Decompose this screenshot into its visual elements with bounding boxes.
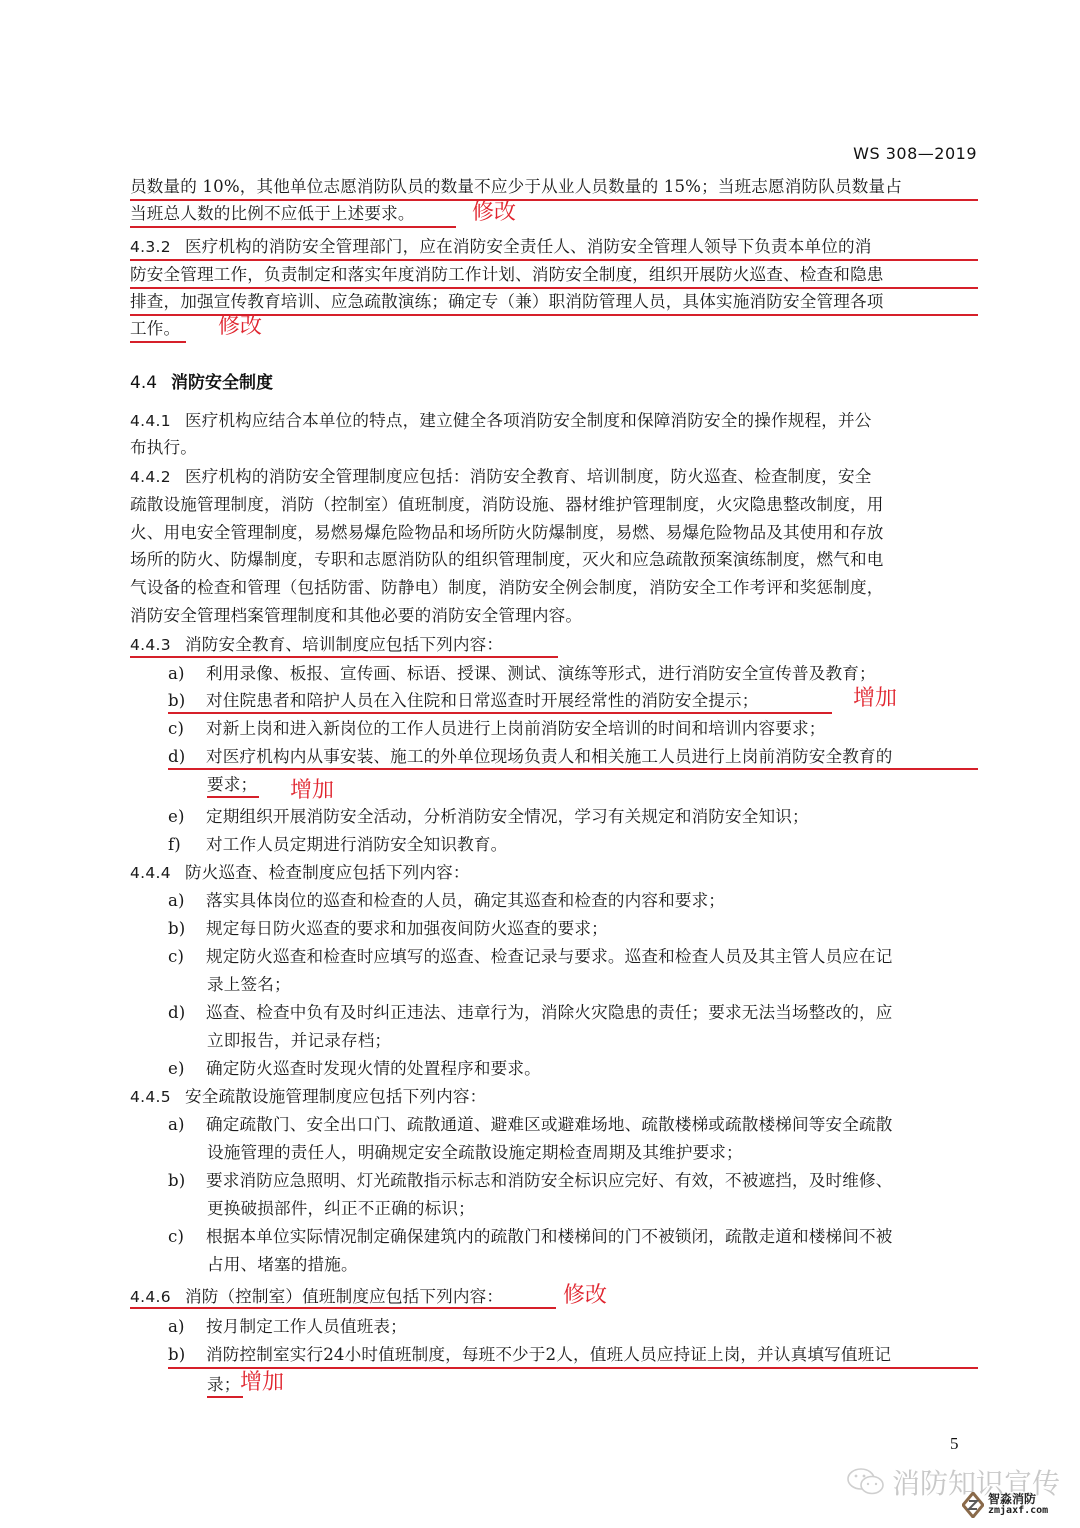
item-text: 对医疗机构内从事安装、施工的外单位现场负责人和相关施工人员进行上岗前消防安全教育… [206,747,893,766]
item-letter: b) [168,1170,206,1192]
clause-4-4-2-line3: 火、用电安全管理制度，易燃易爆危险物品和场所防火防爆制度，易燃、易爆危险物品及其… [130,522,978,544]
section-title: 消防安全制度 [171,373,273,393]
paragraph-line: 当班总人数的比例不应低于上述要求。 [130,203,978,225]
list-item-c: c)对新上岗和进入新岗位的工作人员进行上岗前消防安全培训的时间和培训内容要求； [168,718,978,740]
list-item-e: e)确定防火巡查时发现火情的处置程序和要求。 [168,1058,978,1080]
clause-text: 安全疏散设施管理制度应包括下列内容： [185,1087,486,1106]
clause-text: 消防安全教育、培训制度应包括下列内容： [185,635,503,654]
clause-number: 4.4.2 [130,466,171,488]
clause-number: 4.4.4 [130,862,171,884]
standard-code: WS 308—2019 [853,144,977,163]
list-item-b: b)消防控制室实行24小时值班制度，每班不少于2人，值班人员应持证上岗，并认真填… [168,1344,978,1366]
clause-4-4-2-line6: 消防安全管理档案管理制度和其他必要的消防安全管理内容。 [130,605,978,627]
item-text: 落实具体岗位的巡查和检查的人员，确定其巡查和检查的内容和要求； [206,891,725,910]
item-letter: e) [168,1058,206,1080]
item-text: 利用录像、板报、宣传画、标语、授课、测试、演练等形式，进行消防安全宣传普及教育； [206,664,876,683]
brand-url: zmjaxf.com [988,1505,1048,1517]
page-number: 5 [950,1434,959,1454]
clause-4-4-2-line4: 场所的防火、防爆制度，专职和志愿消防队的组织管理制度，灭火和应急疏散预案演练制度… [130,549,978,571]
revision-underline [207,1396,243,1398]
revision-underline [207,796,259,798]
item-text: 确定防火巡查时发现火情的处置程序和要求。 [206,1059,541,1078]
item-letter: c) [168,718,206,740]
list-item-c: c)规定防火巡查和检查时应填写的巡查、检查记录与要求。巡查和检查人员及其主管人员… [168,946,978,968]
list-item-a: a)按月制定工作人员值班表； [168,1316,978,1338]
item-letter: b) [168,918,206,940]
clause-4-4-4-intro: 4.4.4防火巡查、检查制度应包括下列内容： [130,862,978,884]
revision-underline [130,1307,556,1309]
item-text: 根据本单位实际情况制定确保建筑内的疏散门和楼梯间的门不被锁闭，疏散走道和楼梯间不… [206,1227,893,1246]
revision-underline [130,287,978,289]
modify-annotation: 修改 [218,314,262,340]
item-text: 按月制定工作人员值班表； [206,1317,407,1336]
list-item-a: a)利用录像、板报、宣传画、标语、授课、测试、演练等形式，进行消防安全宣传普及教… [168,663,978,685]
section-number: 4.4 [130,373,157,393]
brand-logo-icon [962,1492,984,1518]
add-annotation: 增加 [240,1370,284,1396]
list-item-d: d)巡查、检查中负有及时纠正违法、违章行为，消除火灾隐患的责任；要求无法当场整改… [168,1002,978,1024]
clause-text: 医疗机构应结合本单位的特点，建立健全各项消防安全制度和保障消防安全的操作规程，并… [185,411,872,430]
modify-annotation: 修改 [563,1283,607,1309]
clause-number: 4.4.3 [130,634,171,656]
clause-4-4-2-line5: 气设备的检查和管理（包括防雷、防静电）制度，消防安全例会制度，消防安全工作考评和… [130,577,978,599]
list-item-a-cont: 设施管理的责任人，明确规定安全疏散设施定期检查周期及其维护要求； [207,1142,978,1164]
revision-underline [130,199,978,201]
item-text: 要求消防应急照明、灯光疏散指示标志和消防安全标识应完好、有效，不被遮挡，及时维修… [206,1171,893,1190]
item-text: 规定防火巡查和检查时应填写的巡查、检查记录与要求。巡查和检查人员及其主管人员应在… [206,947,893,966]
wechat-icon [846,1466,886,1498]
list-item-b: b)要求消防应急照明、灯光疏散指示标志和消防安全标识应完好、有效，不被遮挡，及时… [168,1170,978,1192]
revision-underline [168,1367,978,1369]
clause-4-3-2-line1: 4.3.2医疗机构的消防安全管理部门，应在消防安全责任人、消防安全管理人领导下负… [130,236,978,258]
item-text: 对工作人员定期进行消防安全知识教育。 [206,835,507,854]
clause-number: 4.4.6 [130,1286,171,1308]
item-letter: b) [168,1344,206,1366]
item-letter: a) [168,1114,206,1136]
clause-number: 4.4.1 [130,410,171,432]
clause-text: 消防（控制室）值班制度应包括下列内容： [185,1287,503,1306]
item-letter: d) [168,1002,206,1024]
list-item-d-cont: 立即报告，并记录存档； [207,1030,978,1052]
revision-underline [168,768,978,770]
clause-4-4-1-line1: 4.4.1医疗机构应结合本单位的特点，建立健全各项消防安全制度和保障消防安全的操… [130,410,978,432]
list-item-c-cont: 占用、堵塞的措施。 [207,1254,978,1276]
clause-4-3-2-line2: 防安全管理工作，负责制定和落实年度消防工作计划、消防安全制度，组织开展防火巡查、… [130,264,978,286]
clause-4-3-2-line3: 排查，加强宣传教育培训、应急疏散演练；确定专（兼）职消防管理人员，具体实施消防安… [130,291,978,313]
clause-text: 防火巡查、检查制度应包括下列内容： [185,863,470,882]
section-heading: 4.4消防安全制度 [130,368,273,393]
paragraph-line: 员数量的 10%，其他单位志愿消防队员的数量不应少于从业人员数量的 15%；当班… [130,176,978,198]
item-letter: f) [168,834,206,856]
revision-underline [130,259,978,261]
item-letter: a) [168,890,206,912]
item-letter: b) [168,690,206,712]
clause-4-4-5-intro: 4.4.5安全疏散设施管理制度应包括下列内容： [130,1086,978,1108]
item-text: 规定每日防火巡查的要求和加强夜间防火巡查的要求； [206,919,608,938]
item-text: 确定疏散门、安全出口门、疏散通道、避难区或避难场地、疏散楼梯或疏散楼梯间等安全疏… [206,1115,893,1134]
document-page: WS 308—2019 员数量的 10%，其他单位志愿消防队员的数量不应少于从业… [0,0,1080,1528]
revision-underline [168,712,832,714]
clause-4-4-6-intro: 4.4.6消防（控制室）值班制度应包括下列内容： [130,1286,978,1308]
modify-annotation: 修改 [472,200,516,226]
item-letter: a) [168,1316,206,1338]
clause-4-4-2-line2: 疏散设施管理制度，消防（控制室）值班制度，消防设施、器材维护管理制度，火灾隐患整… [130,494,978,516]
list-item-b-cont: 更换破损部件，纠正不正确的标识； [207,1198,978,1220]
revision-underline [130,226,456,228]
list-item-f: f)对工作人员定期进行消防安全知识教育。 [168,834,978,856]
item-text: 巡查、检查中负有及时纠正违法、违章行为，消除火灾隐患的责任；要求无法当场整改的，… [206,1003,893,1022]
item-letter: d) [168,746,206,768]
list-item-c: c)根据本单位实际情况制定确保建筑内的疏散门和楼梯间的门不被锁闭，疏散走道和楼梯… [168,1226,978,1248]
list-item-b: b)规定每日防火巡查的要求和加强夜间防火巡查的要求； [168,918,978,940]
item-text: 对新上岗和进入新岗位的工作人员进行上岗前消防安全培训的时间和培训内容要求； [206,719,826,738]
clause-number: 4.3.2 [130,236,171,258]
list-item-b-cont: 录； [207,1374,978,1396]
list-item-e: e)定期组织开展消防安全活动，分析消防安全情况，学习有关规定和消防安全知识； [168,806,978,828]
list-item-d: d)对医疗机构内从事安装、施工的外单位现场负责人和相关施工人员进行上岗前消防安全… [168,746,978,768]
clause-4-4-1-line2: 布执行。 [130,437,978,459]
clause-text: 医疗机构的消防安全管理制度应包括：消防安全教育、培训制度，防火巡查、检查制度，安… [185,467,872,486]
item-text: 对住院患者和陪护人员在入住院和日常巡查时开展经常性的消防安全提示； [206,691,759,710]
add-annotation: 增加 [290,778,334,804]
item-text: 消防控制室实行24小时值班制度，每班不少于2人，值班人员应持证上岗，并认真填写值… [206,1345,891,1364]
item-text: 定期组织开展消防安全活动，分析消防安全情况，学习有关规定和消防安全知识； [206,807,809,826]
item-letter: c) [168,946,206,968]
add-annotation: 增加 [853,686,897,712]
item-letter: c) [168,1226,206,1248]
item-letter: a) [168,663,206,685]
clause-number: 4.4.5 [130,1086,171,1108]
revision-underline [130,341,186,343]
item-letter: e) [168,806,206,828]
brand-name: 智淼消防 [988,1493,1048,1505]
list-item-a: a)落实具体岗位的巡查和检查的人员，确定其巡查和检查的内容和要求； [168,890,978,912]
clause-4-4-3-intro: 4.4.3消防安全教育、培训制度应包括下列内容： [130,634,978,656]
clause-4-4-2-line1: 4.4.2医疗机构的消防安全管理制度应包括：消防安全教育、培训制度，防火巡查、检… [130,466,978,488]
brand-badge: 智淼消防 zmjaxf.com [962,1492,1048,1518]
list-item-a: a)确定疏散门、安全出口门、疏散通道、避难区或避难场地、疏散楼梯或疏散楼梯间等安… [168,1114,978,1136]
list-item-c-cont: 录上签名； [207,974,978,996]
revision-underline [130,656,558,658]
clause-text: 医疗机构的消防安全管理部门，应在消防安全责任人、消防安全管理人领导下负责本单位的… [185,237,872,256]
